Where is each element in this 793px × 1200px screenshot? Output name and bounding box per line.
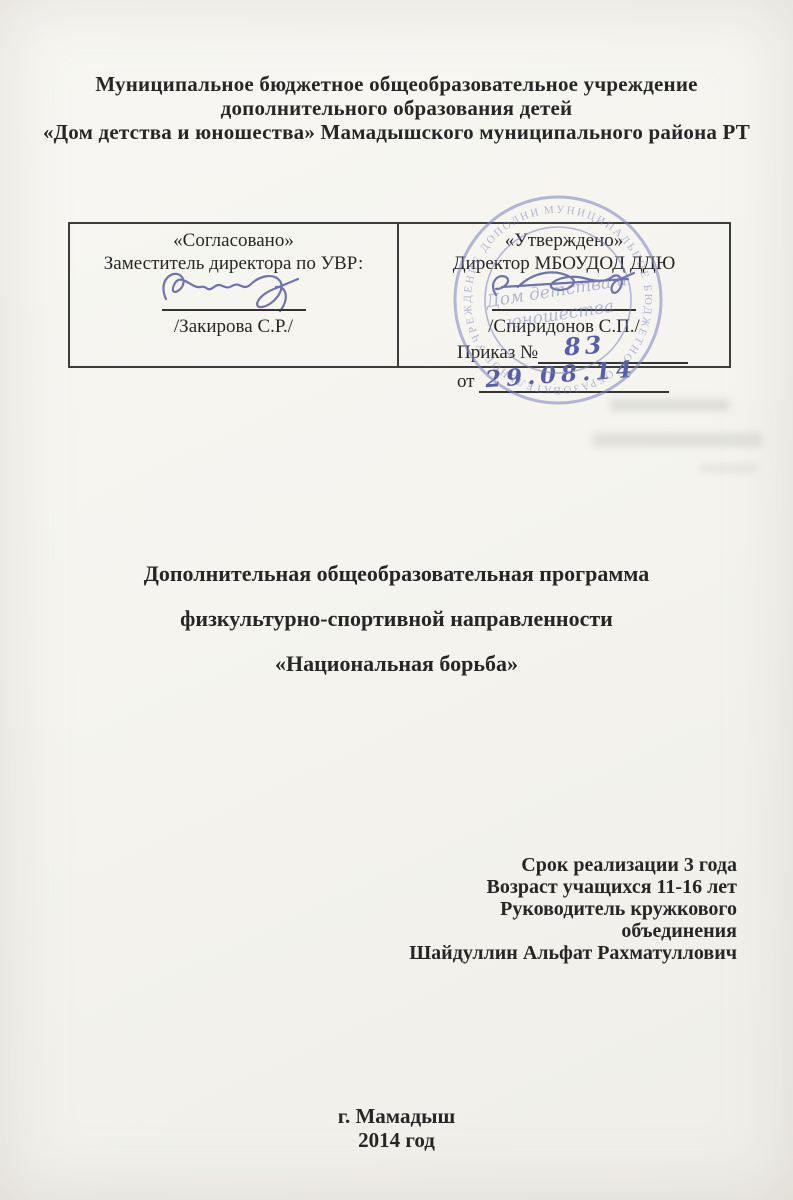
- org-header-line-2: дополнительного образования детей: [0, 96, 793, 120]
- details-age: Возраст учащихся 11-16 лет: [317, 876, 737, 898]
- agreed-title: «Согласовано»: [70, 229, 397, 252]
- details-author-name: Шайдуллин Альфат Рахматуллович: [317, 942, 737, 964]
- details-duration: Срок реализации 3 года: [317, 854, 737, 876]
- org-header-line-3: «Дом детства и юношества» Мамадышского м…: [0, 120, 793, 144]
- approved-signature-area: [484, 277, 644, 315]
- bleed-through-artifact: [610, 399, 730, 411]
- bleed-through-artifact: [592, 433, 762, 447]
- order-number-handwritten: 83: [563, 333, 606, 359]
- date-line: 29.08.14: [479, 373, 669, 393]
- approved-signature-line: [492, 309, 636, 311]
- approved-title: «Утверждено»: [399, 229, 729, 252]
- agreed-signature-line: [162, 309, 306, 311]
- footer-city: г. Мамадыш: [0, 1104, 793, 1128]
- approval-table: «Согласовано» Заместитель директора по У…: [68, 222, 731, 368]
- date-label: от: [457, 371, 475, 392]
- agreed-name: /Закирова С.Р./: [70, 315, 397, 338]
- agreed-cell: «Согласовано» Заместитель директора по У…: [70, 224, 399, 366]
- footer-year: 2014 год: [0, 1128, 793, 1152]
- title-line-2: физкультурно-спортивной направленности: [0, 596, 793, 641]
- title-line-3: «Национальная борьба»: [0, 641, 793, 686]
- details-leader-line-2: объединения: [317, 920, 737, 942]
- organization-header: Муниципальное бюджетное общеобразователь…: [0, 72, 793, 144]
- agreed-signature-area: [154, 277, 314, 315]
- scanned-document-page: Муниципальное бюджетное общеобразователь…: [0, 0, 793, 1200]
- details-leader-line-1: Руководитель кружкового: [317, 898, 737, 920]
- document-title: Дополнительная общеобразовательная прогр…: [0, 551, 793, 686]
- title-line-1: Дополнительная общеобразовательная прогр…: [0, 551, 793, 596]
- date-row: от 29.08.14: [457, 370, 729, 396]
- spiridonov-signature: [478, 261, 650, 313]
- footer: г. Мамадыш 2014 год: [0, 1104, 793, 1152]
- order-label: Приказ №: [457, 342, 538, 363]
- approved-cell: «Утверждено» Директор МБОУДОД ДДЮ /Спири…: [399, 224, 729, 366]
- program-details: Срок реализации 3 года Возраст учащихся …: [317, 854, 737, 964]
- bleed-through-artifact: [700, 464, 758, 473]
- org-header-line-1: Муниципальное бюджетное общеобразователь…: [0, 72, 793, 96]
